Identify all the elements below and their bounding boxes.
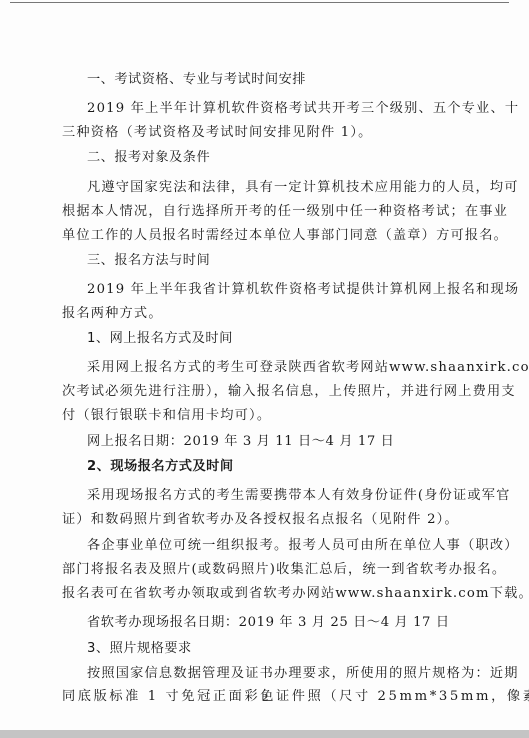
paragraph-line: 按照国家信息数据管理及证书办理要求，所使用的照片规格为：近期	[87, 666, 519, 682]
onsite-registration-dates: 省软考办现场报名日期：2019 年 3 月 25 日～4 月 17 日	[87, 615, 450, 631]
paragraph-line: 凡遵守国家宪法和法律，具有一定计算机技术应用能力的人员，均可	[87, 180, 519, 196]
section-heading-1: 一、考试资格、专业与考试时间安排	[87, 72, 306, 88]
paragraph-line: 部门将报名表及照片(或数码照片)收集汇总后，统一到省软考办报名。	[62, 562, 506, 578]
paragraph-line: 2019 年上半年计算机软件资格考试共开考三个级别、五个专业、十	[87, 101, 519, 117]
paragraph-line: 各企事业单位可统一组织报考。报考人员可由所在单位人事（职改）	[87, 538, 519, 554]
paragraph-line: 同底版标准 1 寸免冠正面彩色证件照（尺寸 25mm*35mm，像素	[62, 689, 529, 705]
scan-top-edge	[10, 2, 509, 3]
page-number: 2	[262, 694, 268, 704]
paragraph-line: 根据本人情况，自行选择所开考的任一级别中任一种资格考试；在事业	[62, 204, 508, 220]
paragraph-line: 报名两种方式。	[62, 306, 163, 322]
paragraph-line: 采用网上报名方式的考生可登录陕西省软考网站www.shaanxirk.com（首	[87, 360, 529, 376]
paragraph-line: 单位工作的人员报名时需经过本单位人事部门同意（盖章）方可报名。	[62, 228, 508, 244]
paragraph-line: 三种资格（考试资格及考试时间安排见附件 1）。	[62, 125, 373, 141]
subsection-heading-onsite: 2、现场报名方式及时间	[87, 459, 234, 475]
paragraph-line: 证）和数码照片到省软考办及各授权报名点报名（见附件 2）。	[62, 512, 459, 528]
paragraph-line: 2019 年上半年我省计算机软件资格考试提供计算机网上报名和现场	[87, 282, 519, 298]
subsection-heading-photo: 3、照片规格要求	[87, 641, 192, 657]
paragraph-line: 报名表可在省软考办领取或到省软考办网站www.shaanxirk.com下载。	[62, 586, 529, 602]
subsection-heading-online: 1、网上报名方式及时间	[87, 331, 233, 347]
document-page: 一、考试资格、专业与考试时间安排 2019 年上半年计算机软件资格考试共开考三个…	[0, 0, 529, 730]
section-heading-3: 三、报名方法与时间	[87, 253, 210, 269]
paragraph-line: 采用现场报名方式的考生需要携带本人有效身份证件(身份证或军官	[87, 488, 511, 504]
viewer-bottom-edge	[0, 730, 529, 738]
online-registration-dates: 网上报名日期：2019 年 3 月 11 日～4 月 17 日	[87, 434, 394, 450]
paragraph-line: 次考试必须先进行注册），输入报名信息，上传照片，并进行网上费用支	[62, 384, 516, 400]
paragraph-line: 付（银行银联卡和信用卡均可）。	[62, 408, 271, 424]
section-heading-2: 二、报考对象及条件	[87, 150, 210, 166]
